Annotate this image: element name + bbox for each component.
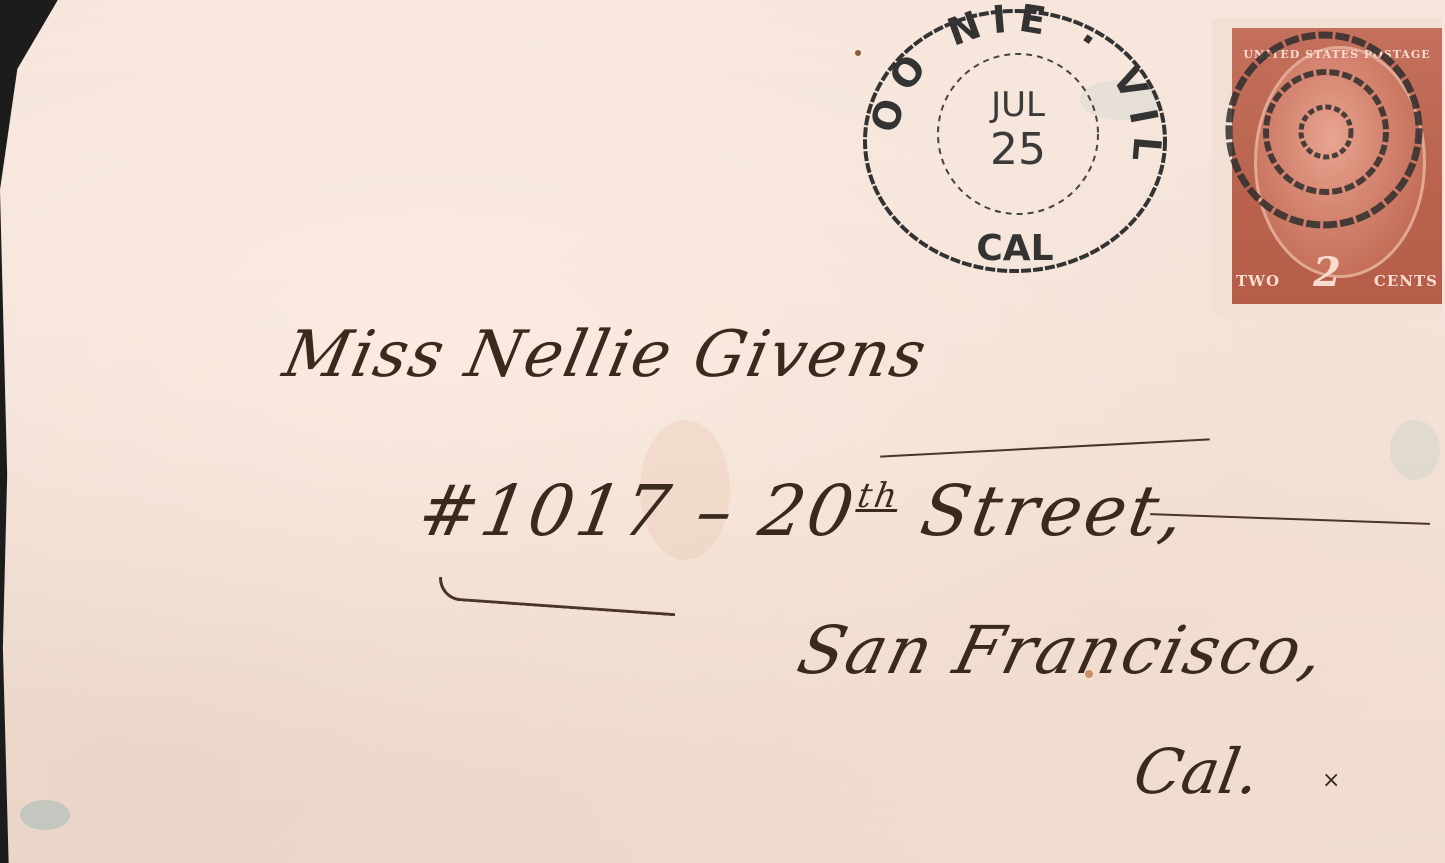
- postmark-circle-icon: OO NIE · VILLE JUL 25 CAL: [858, 4, 1173, 276]
- x-mark: ×: [1322, 768, 1340, 793]
- stamp-word-left: TWO: [1236, 272, 1280, 290]
- postmark: OO NIE · VILLE JUL 25 CAL: [858, 4, 1173, 276]
- street-name: Street,: [890, 470, 1193, 552]
- stain: [1390, 420, 1440, 480]
- svg-text:JUL: JUL: [989, 85, 1045, 125]
- street-number: #1017 – 20: [413, 470, 863, 552]
- svg-text:CAL: CAL: [976, 228, 1053, 269]
- street-address: #1017 – 20th Street,: [413, 470, 1193, 552]
- city: San Francisco,: [790, 612, 1334, 689]
- target-cancel-icon: [1214, 20, 1444, 270]
- svg-text:25: 25: [990, 124, 1046, 175]
- recipient-name: Miss Nellie Givens: [277, 318, 934, 392]
- state: Cal.: [1129, 735, 1266, 808]
- stamp-word-right: CENTS: [1374, 272, 1438, 290]
- stain: [20, 800, 70, 830]
- street-ordinal: th: [854, 476, 903, 516]
